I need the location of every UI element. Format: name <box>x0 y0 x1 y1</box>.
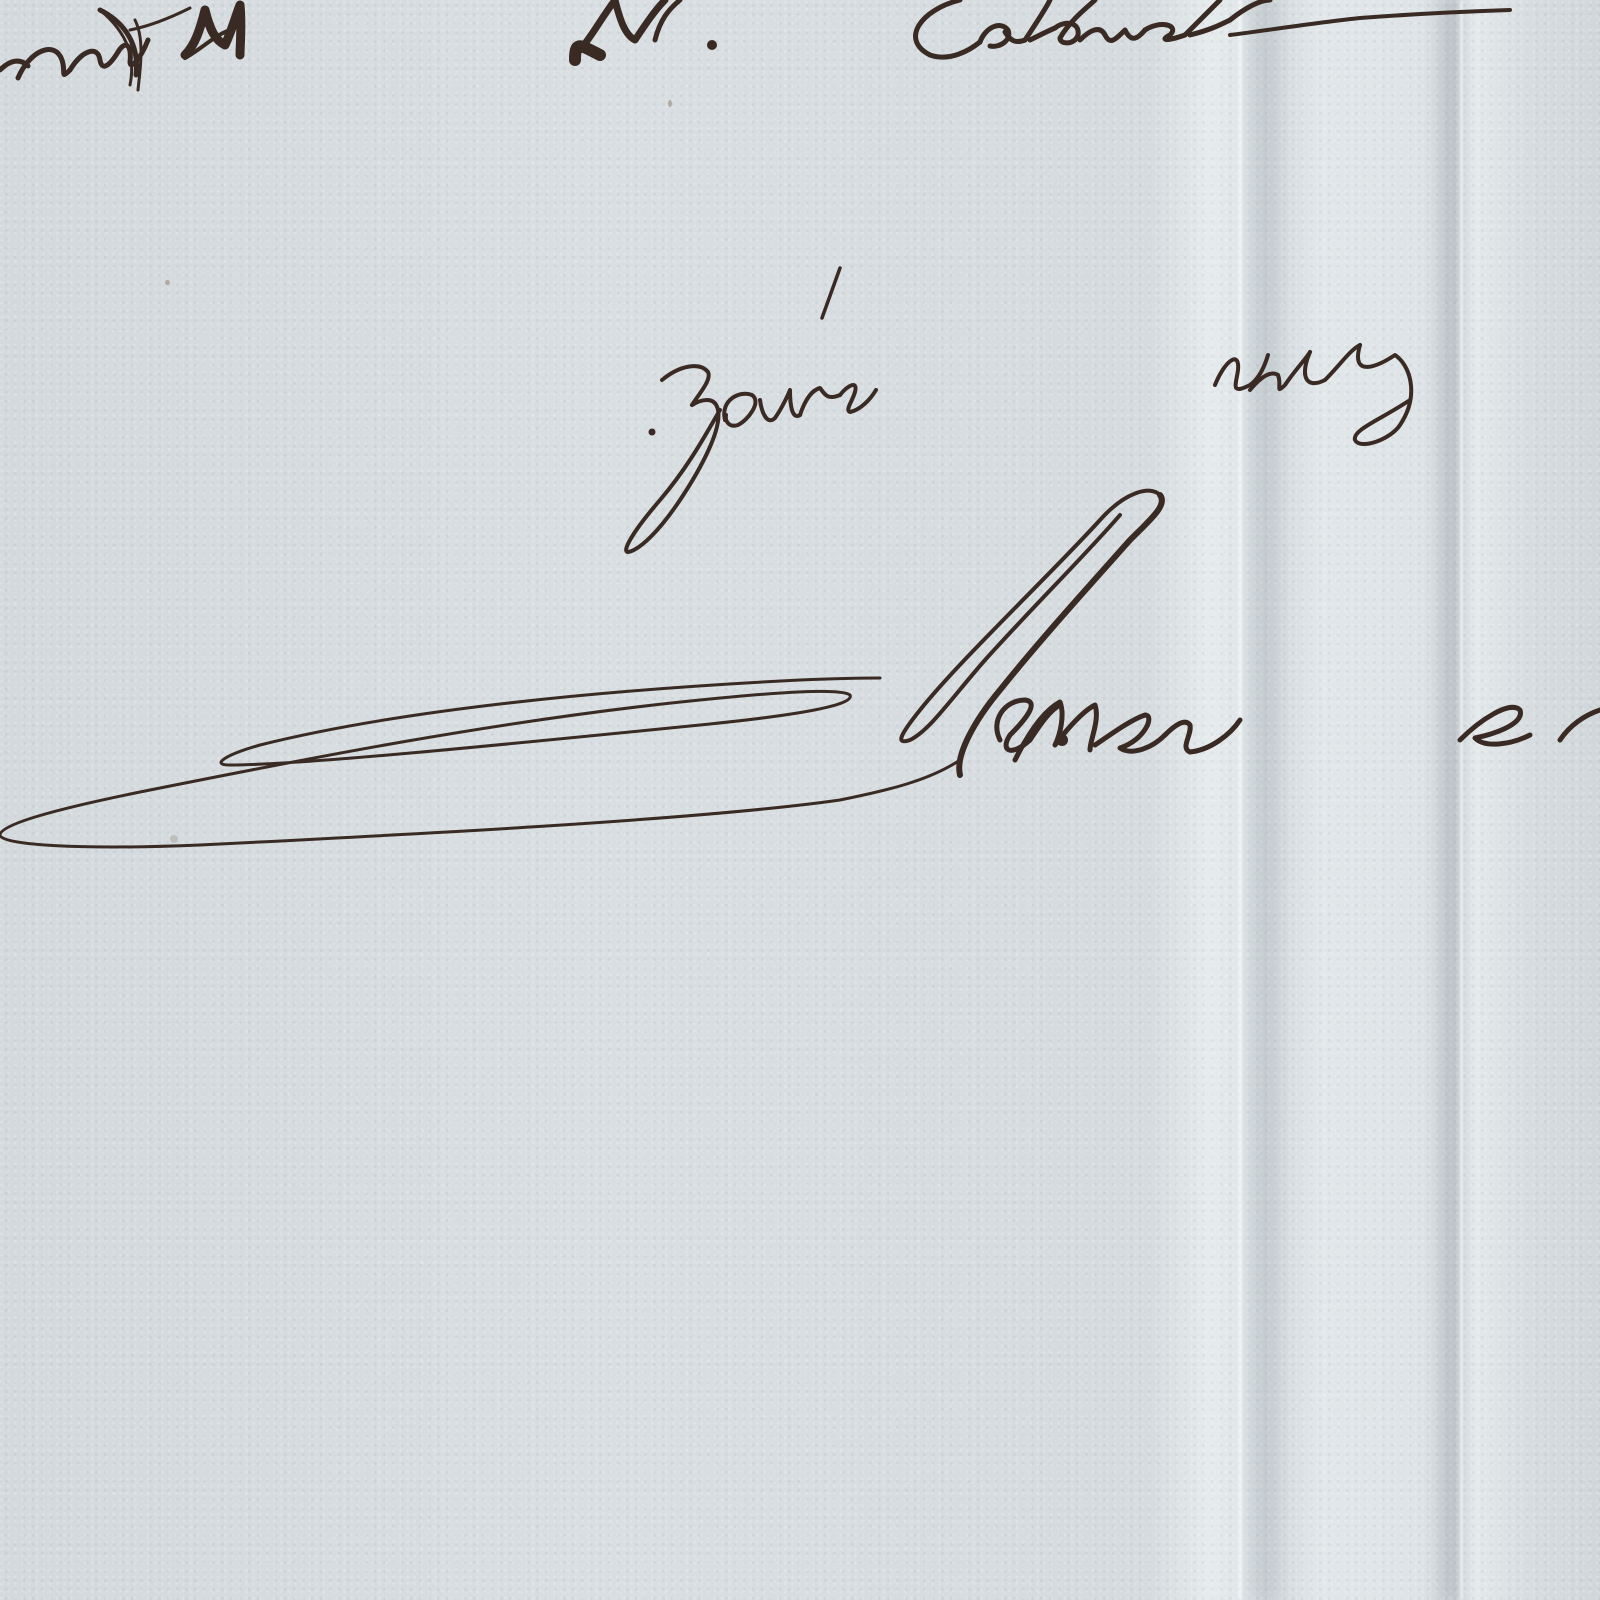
signature-handwriting <box>0 491 1600 847</box>
handwriting <box>0 0 1600 1600</box>
top-line-handwriting <box>0 0 1510 90</box>
closing-handwriting <box>626 268 1411 552</box>
letter-paper: ...vant M. Caldwell... Yours very... Jam… <box>0 0 1600 1600</box>
